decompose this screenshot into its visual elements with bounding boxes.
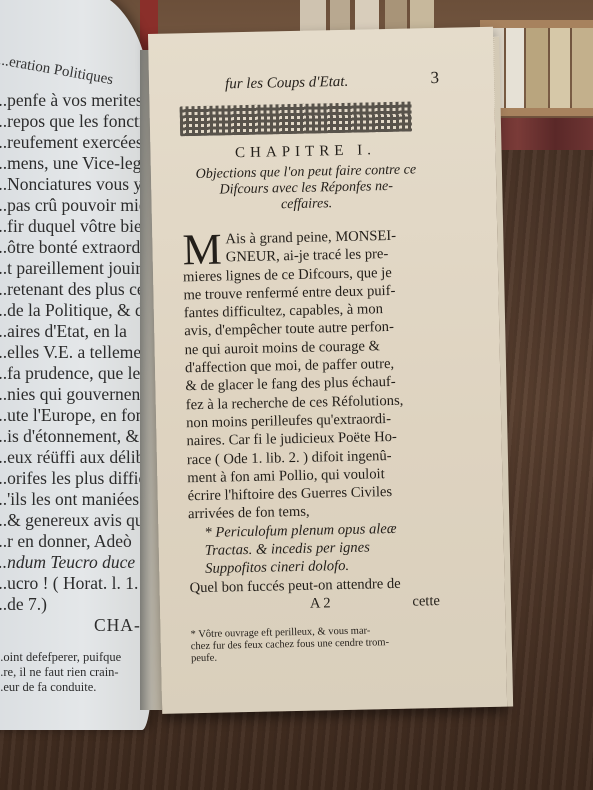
- chapter-subtitle: Objections que l'on peut faire contre ce…: [181, 162, 432, 215]
- text-line: ...ute l'Europe, en font: [0, 405, 152, 426]
- text-line: ...fir duquel vôtre bien-: [0, 216, 152, 237]
- text-line: ...retenant des plus cele-: [0, 279, 152, 300]
- text-line: ...nies qui gouvernent: [0, 384, 152, 405]
- text-line: ...elles V.E. a tellement: [0, 342, 152, 363]
- text-line: ...eux réüffi aux délibe-: [0, 447, 152, 468]
- signature-line: A 2 cette: [190, 592, 440, 616]
- book-spine: [550, 28, 570, 108]
- text-line: ...r en donner, Adeò: [0, 531, 152, 552]
- text-line: ...reufement exercées en: [0, 132, 152, 153]
- text-line: ...eur de fa conduite.: [0, 680, 152, 695]
- book-spine: [506, 28, 524, 108]
- text-line: ...pas crû pouvoir mieux: [0, 195, 152, 216]
- left-page: ...eration Politiques ...penfe à vos mer…: [0, 0, 152, 730]
- right-page: fur les Coups d'Etat. 3 CHAPITRE I. Obje…: [148, 27, 507, 714]
- body-text: M Ais à grand peine, MONSEI- GNEUR, ai-j…: [182, 226, 440, 615]
- shelf-board: [480, 20, 593, 28]
- text-line: ...re, il ne faut rien crain-: [0, 665, 152, 680]
- chapter-title: CHAPITRE I.: [180, 141, 430, 163]
- text-line: ...penfe à vos merites, &: [0, 90, 152, 111]
- page-number: 3: [430, 68, 439, 88]
- text-line: ...repos que les fonctions: [0, 111, 152, 132]
- text-line: ...aires d'Etat, en la: [0, 321, 152, 342]
- text-line: ...& genereux avis qu'il: [0, 510, 152, 531]
- text-line: ...oint defefperer, puifque: [0, 650, 152, 665]
- text-line: ...ndum Teucro duce &: [0, 552, 152, 573]
- ornamental-headpiece: [180, 101, 413, 136]
- left-page-text: ...penfe à vos merites, & ...repos que l…: [0, 90, 152, 695]
- catchword: cette: [412, 592, 440, 611]
- book-spine: [572, 28, 593, 108]
- text-line: ...orifes les plus diffici-: [0, 468, 152, 489]
- text-line: ...de 7.): [0, 594, 152, 615]
- left-running-head: ...eration Politiques: [0, 52, 114, 89]
- text-line: ...'ils les ont maniées: [0, 489, 152, 510]
- text-line: ...fa prudence, que les: [0, 363, 152, 384]
- text-line: ...ucro ! ( Horat. l. 1.: [0, 573, 152, 594]
- text-line: ...de la Politique, & de: [0, 300, 152, 321]
- text-line: ...ôtre bonté extraordi-: [0, 237, 152, 258]
- signature-mark: A 2: [190, 595, 331, 614]
- text-line: ...t pareillement jouir,: [0, 258, 152, 279]
- running-head: fur les Coups d'Etat.: [179, 72, 429, 94]
- book-spine: [526, 28, 548, 108]
- catchword: CHA-: [0, 615, 152, 636]
- footnote: * Vôtre ouvrage eft perilleux, & vous ma…: [190, 624, 441, 665]
- text-line: ...is d'étonnement, &: [0, 426, 152, 447]
- left-footnote: ...oint defefperer, puifque ...re, il ne…: [0, 650, 152, 695]
- text-line: ...Nonciatures vous y ont: [0, 174, 152, 195]
- dropcap: M: [182, 233, 222, 268]
- text-line: ...mens, une Vice-lega-: [0, 153, 152, 174]
